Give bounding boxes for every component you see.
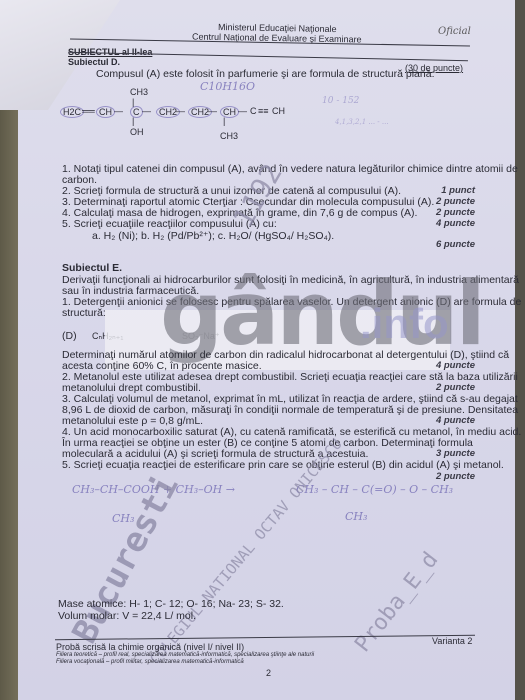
bond: — [114, 106, 123, 116]
handwritten-note-1: 10 - 152 [322, 96, 359, 106]
subject-e-label: Subiectul E. [62, 262, 122, 274]
formula-d-label: (D) [62, 330, 77, 342]
double-bond: ══ [82, 106, 95, 116]
handwritten-signature: Oficial [438, 26, 471, 37]
bond: — [176, 106, 185, 116]
question-d3-points: 2 puncte [436, 207, 475, 218]
bond: — [238, 106, 247, 116]
footer-line-1: Filiera teoretică – profil real, special… [56, 652, 314, 659]
structural-formula-A: H2C ══ CH — C CH3 | | OH — CH2 — CH2 — C… [60, 85, 300, 145]
question-d5-cont: a. H₂ (Ni); b. H₂ (Pd/Pb²⁺); c. H₂O/ (Hg… [92, 230, 334, 242]
handwritten-answer-branch-2: CH₃ [345, 510, 367, 523]
subject-d-intro: Compusul (A) este folosit în parfumerie … [96, 68, 434, 80]
footer-line-2: Filiera vocaţională – profil militar, sp… [56, 659, 244, 666]
question-e1-points: 4 puncte [436, 360, 475, 371]
question-d2-points: 2 puncte [436, 196, 475, 207]
atom-c-alkyne: C [250, 106, 257, 116]
question-e5-points: 2 puncte [436, 471, 475, 482]
substituent-ch3-bottom: CH3 [220, 131, 238, 141]
atom-ch-1: CH [96, 106, 115, 118]
question-e2-points: 2 puncte [436, 382, 475, 393]
bond: | [132, 116, 134, 126]
background-edge [515, 0, 525, 700]
handwritten-note-2: 4,1,3,2,1 ... - ... [335, 118, 389, 126]
atom-ch-alkyne: CH [272, 106, 285, 116]
substituent-ch3-top: CH3 [130, 87, 148, 97]
question-e1-b: structură: [62, 307, 106, 319]
footer-variant: Varianta 2 [432, 635, 472, 647]
molar-volume: Volum molar: V = 22,4 L/ mol. [58, 610, 196, 622]
question-e5-a: 5. Scrieţi ecuaţia reacţiei de esterific… [62, 459, 504, 471]
atomic-masses: Mase atomice: H- 1; C- 12; O- 16; Na- 23… [58, 598, 284, 610]
bond: — [208, 106, 217, 116]
subject-d-label: Subiectul D. [68, 56, 120, 68]
page-number: 2 [266, 667, 271, 679]
triple-bond: ≡≡ [258, 106, 269, 116]
bond: — [142, 106, 151, 116]
question-e4-points: 3 puncte [436, 448, 475, 459]
question-d1-points: 1 punct [441, 185, 475, 196]
substituent-oh: OH [130, 127, 144, 137]
bond: | [132, 97, 134, 107]
question-d5-points: 6 puncte [436, 239, 475, 250]
handwritten-answer-product: CH₃ – CH – C(=O) – O – CH₃ [296, 483, 453, 496]
question-d4-points: 4 puncte [436, 218, 475, 229]
handwritten-molecular-formula: C10H16O [200, 80, 255, 93]
atom-h2c: H2C [60, 106, 84, 118]
question-e3-points: 4 puncte [436, 415, 475, 426]
bond: | [223, 116, 225, 126]
question-d1: 1. Notaţi tipul catenei din compusul (A)… [62, 163, 518, 175]
watermark-tld: .info [360, 300, 449, 348]
